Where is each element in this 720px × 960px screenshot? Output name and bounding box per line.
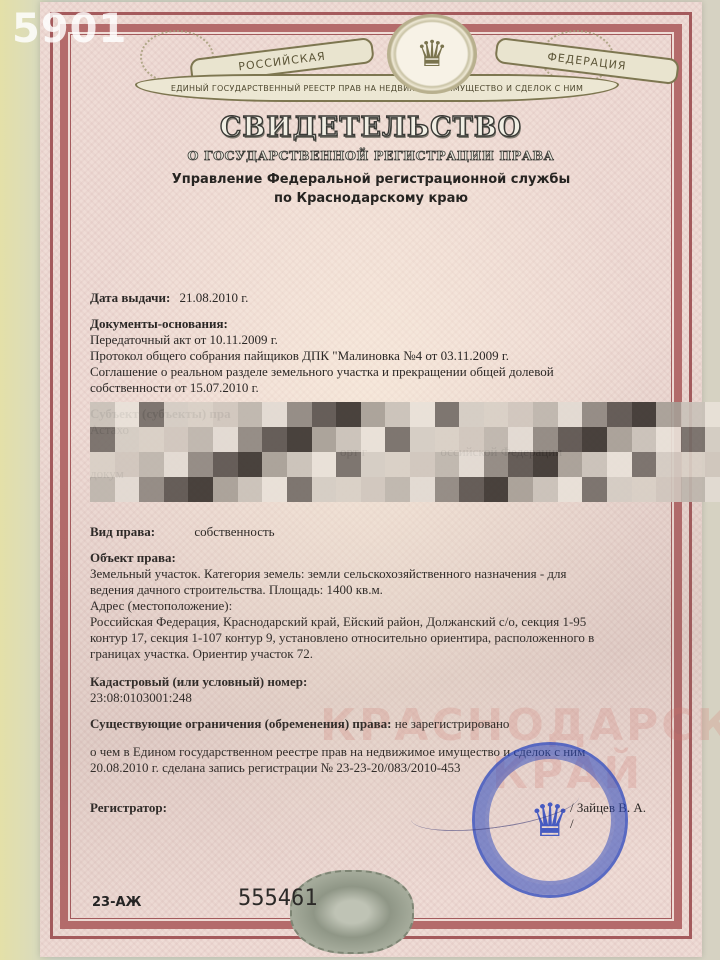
redaction-pixel (681, 402, 706, 427)
form-number: 555461 (238, 886, 317, 911)
redaction-pixel (312, 452, 337, 477)
redaction-pixel (632, 452, 657, 477)
redaction-pixel (262, 452, 287, 477)
redaction-pixel (115, 477, 140, 502)
basis-doc-line: собственности от 15.07.2010 г. (90, 380, 650, 396)
cadastral-number: Кадастровый (или условный) номер: 23:08:… (90, 674, 650, 706)
redaction-pixel (508, 427, 533, 452)
redaction-pixel (336, 477, 361, 502)
object-section: Объект права: Земельный участок. Категор… (90, 550, 650, 662)
redaction-pixel (459, 427, 484, 452)
redaction-pixel (533, 452, 558, 477)
redaction-pixel (139, 452, 164, 477)
redaction-pixel (607, 477, 632, 502)
basis-doc-line: Передаточный акт от 10.11.2009 г. (90, 332, 650, 348)
redaction-pixel (287, 402, 312, 427)
redaction-pixel (435, 477, 460, 502)
redaction-pixel (558, 477, 583, 502)
redaction-pixel (705, 477, 720, 502)
redaction-pixel (115, 452, 140, 477)
redaction-pixel (90, 452, 115, 477)
redaction-pixel (213, 427, 238, 452)
redacted-owner-block (90, 402, 720, 502)
redaction-pixel (582, 452, 607, 477)
redaction-pixel (385, 452, 410, 477)
redaction-pixel (238, 477, 263, 502)
header-banner: РОССИЙСКАЯ ФЕДЕРАЦИЯ ЕДИНЫЙ ГОСУДАРСТВЕН… (130, 10, 620, 110)
encumbrances: Существующие ограничения (обременения) п… (90, 716, 650, 732)
banner-bottom-ribbon: ЕДИНЫЙ ГОСУДАРСТВЕННЫЙ РЕЕСТР ПРАВ НА НЕ… (135, 74, 619, 102)
address-line: границах участка. Ориентир участок 72. (90, 646, 650, 662)
redaction-pixel (410, 402, 435, 427)
address-line: контур 17, секция 1-107 контур 9, устано… (90, 630, 650, 646)
authority-line-1: Управление Федеральной регистрационной с… (40, 170, 702, 189)
registrar-label: Регистратор: (90, 800, 167, 815)
redaction-pixel (238, 452, 263, 477)
redaction-pixel (459, 477, 484, 502)
issue-date-value: 21.08.2010 г. (180, 290, 249, 305)
redaction-pixel (681, 427, 706, 452)
redaction-pixel (139, 477, 164, 502)
redaction-pixel (656, 477, 681, 502)
redaction-pixel (410, 452, 435, 477)
address-label: Адрес (местоположение): (90, 598, 650, 614)
redaction-pixel (164, 427, 189, 452)
redaction-pixel (656, 402, 681, 427)
redaction-pixel (361, 427, 386, 452)
redaction-pixel (410, 427, 435, 452)
issue-date-label: Дата выдачи: (90, 290, 170, 305)
redaction-pixel (484, 427, 509, 452)
double-headed-eagle-icon: ♛ (416, 36, 448, 72)
redaction-pixel (607, 427, 632, 452)
encumbrances-value: не зарегистрировано (395, 716, 510, 731)
cadastral-label: Кадастровый (или условный) номер: (90, 674, 650, 690)
object-description-line: ведения дачного строительства. Площадь: … (90, 582, 650, 598)
redaction-pixel (435, 402, 460, 427)
redaction-pixel (656, 452, 681, 477)
redaction-pixel (607, 452, 632, 477)
redaction-pixel (435, 452, 460, 477)
redaction-pixel (705, 427, 720, 452)
redaction-pixel (508, 477, 533, 502)
basis-doc-line: Протокол общего собрания пайщиков ДПК "М… (90, 348, 650, 364)
object-description-line: Земельный участок. Категория земель: зем… (90, 566, 650, 582)
redaction-pixel (582, 427, 607, 452)
guilloche-rosette (290, 870, 414, 954)
redaction-pixel (213, 402, 238, 427)
redaction-pixel (90, 477, 115, 502)
redaction-pixel (336, 452, 361, 477)
right-type: Вид права: собственность (90, 524, 650, 540)
redaction-pixel (361, 402, 386, 427)
authority-line-2: по Краснодарскому краю (40, 189, 702, 208)
redaction-pixel (435, 427, 460, 452)
redaction-pixel (705, 402, 720, 427)
redaction-pixel (213, 477, 238, 502)
redaction-pixel (90, 427, 115, 452)
redaction-pixel (213, 452, 238, 477)
redaction-pixel (361, 452, 386, 477)
redaction-pixel (607, 402, 632, 427)
encumbrances-label: Существующие ограничения (обременения) п… (90, 716, 391, 731)
photo-id-watermark: 5901 (12, 6, 127, 52)
right-type-label: Вид права: (90, 524, 155, 539)
redaction-pixel (558, 402, 583, 427)
redaction-pixel (484, 452, 509, 477)
redaction-pixel (287, 427, 312, 452)
redaction-pixel (262, 477, 287, 502)
redaction-pixel (459, 452, 484, 477)
redaction-pixel (139, 402, 164, 427)
redaction-pixel (681, 477, 706, 502)
certificate-sheet: РОССИЙСКАЯ ФЕДЕРАЦИЯ ЕДИНЫЙ ГОСУДАРСТВЕН… (40, 2, 702, 957)
basis-documents: Документы-основания: Передаточный акт от… (90, 316, 650, 396)
redaction-pixel (508, 402, 533, 427)
basis-doc-line: Соглашение о реальном разделе земельного… (90, 364, 650, 380)
redaction-pixel (681, 452, 706, 477)
redaction-pixel (90, 402, 115, 427)
form-series: 23-АЖ (92, 895, 141, 910)
redaction-pixel (533, 477, 558, 502)
redaction-pixel (287, 477, 312, 502)
redaction-pixel (188, 402, 213, 427)
redaction-pixel (188, 427, 213, 452)
redaction-pixel (115, 427, 140, 452)
redaction-pixel (385, 477, 410, 502)
object-label: Объект права: (90, 550, 650, 566)
cadastral-value: 23:08:0103001:248 (90, 690, 650, 706)
right-type-value: собственность (194, 524, 274, 539)
redaction-pixel (262, 402, 287, 427)
redaction-pixel (582, 477, 607, 502)
document-subtitle: О ГОСУДАРСТВЕННОЙ РЕГИСТРАЦИИ ПРАВА (40, 148, 702, 163)
redaction-pixel (312, 477, 337, 502)
redaction-pixel (164, 477, 189, 502)
redaction-pixel (336, 427, 361, 452)
coat-of-arms: ♛ (387, 14, 477, 94)
redaction-pixel (238, 427, 263, 452)
redaction-pixel (459, 402, 484, 427)
redaction-pixel (139, 427, 164, 452)
document-title: СВИДЕТЕЛЬСТВО (40, 112, 702, 143)
redaction-pixel (582, 402, 607, 427)
redaction-pixel (410, 477, 435, 502)
issue-date: Дата выдачи: 21.08.2010 г. (90, 290, 650, 306)
redaction-pixel (188, 452, 213, 477)
redaction-pixel (164, 402, 189, 427)
redaction-pixel (632, 477, 657, 502)
issuing-authority: Управление Федеральной регистрационной с… (40, 170, 702, 208)
redaction-pixel (312, 427, 337, 452)
redaction-pixel (238, 402, 263, 427)
redaction-pixel (484, 402, 509, 427)
redaction-pixel (533, 402, 558, 427)
redaction-pixel (115, 402, 140, 427)
redaction-pixel (164, 452, 189, 477)
redaction-pixel (508, 452, 533, 477)
redaction-pixel (262, 427, 287, 452)
redaction-pixel (336, 402, 361, 427)
redaction-pixel (533, 427, 558, 452)
redaction-pixel (385, 427, 410, 452)
redaction-pixel (705, 452, 720, 477)
redaction-pixel (188, 477, 213, 502)
address-line: Российская Федерация, Краснодарский край… (90, 614, 650, 630)
redaction-pixel (484, 477, 509, 502)
redaction-pixel (656, 427, 681, 452)
redaction-pixel (361, 477, 386, 502)
redaction-pixel (558, 452, 583, 477)
redaction-pixel (287, 452, 312, 477)
redaction-pixel (632, 402, 657, 427)
basis-documents-label: Документы-основания: (90, 316, 650, 332)
redaction-pixel (385, 402, 410, 427)
redaction-pixel (312, 402, 337, 427)
redaction-pixel (558, 427, 583, 452)
redaction-pixel (632, 427, 657, 452)
